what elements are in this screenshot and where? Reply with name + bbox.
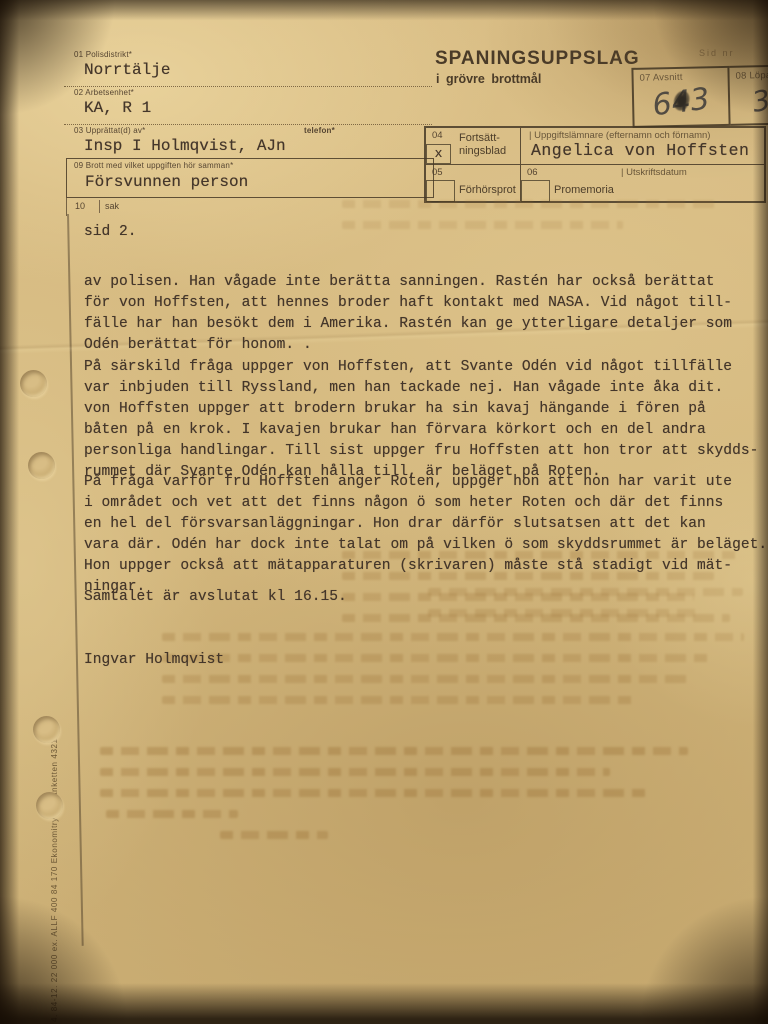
form-checkbox-grid: 04 x Fortsätt- ningsblad | Uppgiftslämna… <box>424 126 766 203</box>
field-brott-samman-value: Försvunnen person <box>85 173 248 191</box>
field-polisdistrikt-label: 01 Polisdistrikt* <box>74 50 132 59</box>
cell-promemoria: 06 Promemoria | Utskriftsdatum <box>521 165 764 201</box>
ghost-text-block <box>162 633 750 717</box>
paragraph-1: av polisen. Han vågade inte berätta sann… <box>84 272 732 356</box>
paragraph-2: På särskild fråga uppger von Hoffsten, a… <box>84 357 758 483</box>
cell-fortsattningsblad: 04 x Fortsätt- ningsblad <box>426 128 521 164</box>
field-arbetsenhet-value: KA, R 1 <box>84 99 151 117</box>
box-avsnitt: 07 Avsnitt 643 <box>631 66 730 128</box>
field-telefon-label: telefon* <box>304 126 335 135</box>
uppgiftslamnare-value: Angelica von Hoffsten <box>531 141 749 160</box>
hole-punch <box>20 370 47 397</box>
closing-line: Samtalet är avslutat kl 16.15. <box>84 587 347 608</box>
row-sak-label: sak <box>105 201 119 211</box>
field-upprattad-av-label: 03 Upprättat(d) av* <box>74 126 145 135</box>
hole-punch <box>36 792 63 819</box>
box-lopande-handwritten-value: 32 <box>728 76 768 123</box>
cell-forhorsprot: 05 Förhörsprot <box>426 165 521 201</box>
box-lopande: 08 Löpande 32 <box>729 64 768 126</box>
row-sak-number: 10 <box>75 201 85 211</box>
box-avsnitt-label: 07 Avsnitt <box>639 72 682 84</box>
ghost-text-block <box>342 200 732 242</box>
sak-divider <box>99 200 100 213</box>
scanned-document-page: 01 Polisdistrikt* Norrtälje 02 Arbetsenh… <box>0 0 768 1024</box>
utskriftsdatum-label: | Utskriftsdatum <box>621 167 687 178</box>
cell-04-number: 04 <box>432 130 443 141</box>
hole-punch <box>33 716 60 743</box>
cell-06-label: Promemoria <box>554 184 614 197</box>
page-marker: sid 2. <box>84 222 137 243</box>
field-brott-samman-label: 09 Brott med vilket uppgiften hör samman… <box>74 161 233 170</box>
signature-name: Ingvar Holmqvist <box>84 650 224 671</box>
ghost-text-block <box>100 747 700 852</box>
field-polisdistrikt-value: Norrtälje <box>84 61 170 79</box>
form-title: SPANINGSUPPSLAG <box>435 48 640 70</box>
paragraph-3: På fråga varför fru Hoffsten anger Roten… <box>84 472 767 598</box>
sid-nr-label: Sid nr <box>699 48 735 58</box>
field-brott-samman: 09 Brott med vilket uppgiften hör samman… <box>66 158 434 198</box>
cell-05-label: Förhörsprot <box>459 184 516 197</box>
box-lopande-label: 08 Löpande <box>735 70 768 82</box>
content-box-left-border <box>67 214 83 946</box>
field-arbetsenhet: 02 Arbetsenhet* KA, R 1 <box>64 86 432 125</box>
cell-uppgiftslamnare: | Uppgiftslämnare (efternamn och förnamn… <box>521 128 764 164</box>
form-title-block: SPANINGSUPPSLAG i grövre brottmål <box>435 48 640 86</box>
field-arbetsenhet-label: 02 Arbetsenhet* <box>74 88 134 97</box>
form-subtitle: i grövre brottmål <box>436 72 640 86</box>
cell-04-label: Fortsätt- ningsblad <box>459 132 506 158</box>
field-upprattad-av-value: Insp I Holmqvist, AJn <box>84 137 286 155</box>
uppgiftslamnare-label: | Uppgiftslämnare (efternamn och förnamn… <box>529 130 710 141</box>
field-upprattad-av: 03 Upprättat(d) av* telefon* Insp I Holm… <box>64 124 432 157</box>
hole-punch <box>28 452 55 479</box>
cell-06-number: 06 <box>527 167 538 178</box>
checkbox-promemoria <box>521 180 550 202</box>
section-number-boxes: 07 Avsnitt 643 08 Löpande 32 <box>631 64 768 128</box>
field-polisdistrikt: 01 Polisdistrikt* Norrtälje <box>64 48 432 87</box>
